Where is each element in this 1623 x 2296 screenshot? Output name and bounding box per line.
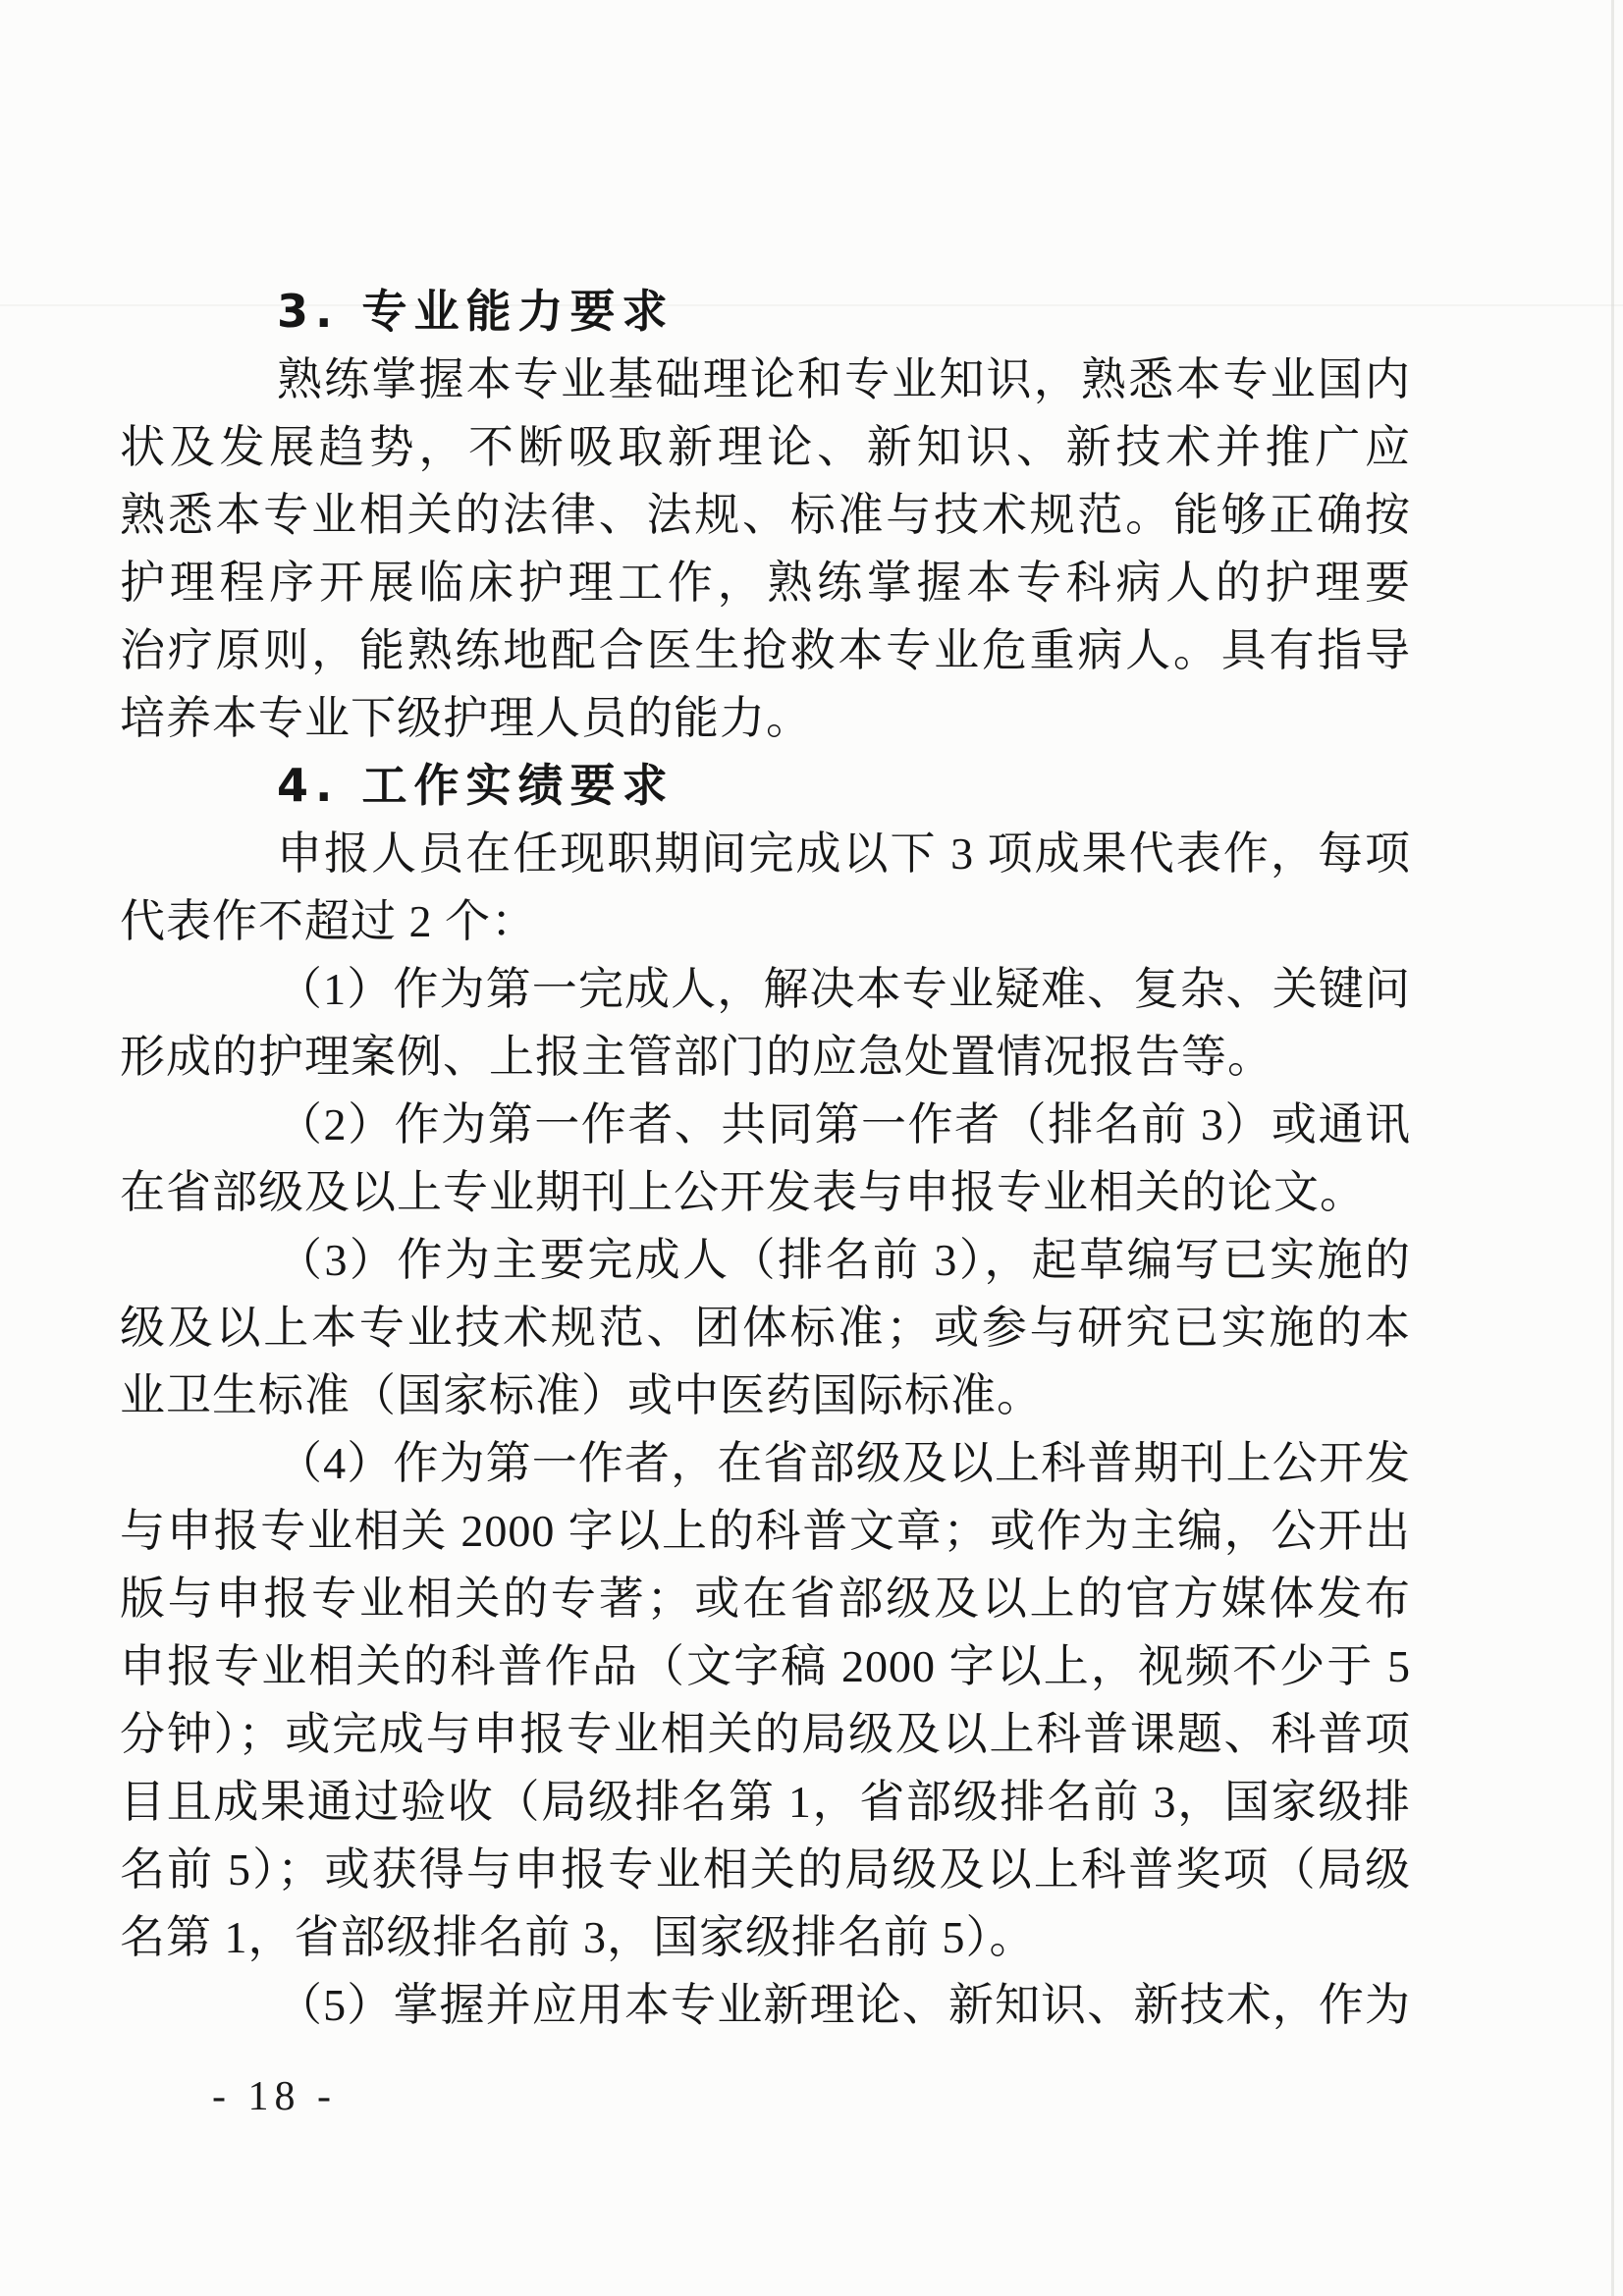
section-heading: 4. 工作实绩要求: [120, 752, 1411, 820]
text-line: （1）作为第一完成人，解决本专业疑难、复杂、关键问题: [120, 955, 1411, 1023]
page-number: - 18 -: [212, 2073, 337, 2120]
text-line: （3）作为主要完成人（排名前 3），起草编写已实施的省部: [120, 1226, 1411, 1294]
text-block: 3. 专业能力要求熟练掌握本专业基础理论和专业知识，熟悉本专业国内外现状及发展趋…: [120, 278, 1411, 2039]
text-line: 代表作不超过 2 个：: [120, 887, 1411, 955]
document-page: 3. 专业能力要求熟练掌握本专业基础理论和专业知识，熟悉本专业国内外现状及发展趋…: [0, 0, 1623, 2296]
text-line: 状及发展趋势，不断吸取新理论、新知识、新技术并推广应用，: [120, 413, 1411, 481]
scan-edge-artifact: [1611, 0, 1614, 2296]
text-line: 形成的护理案例、上报主管部门的应急处置情况报告等。: [120, 1023, 1411, 1091]
text-line: 培养本专业下级护理人员的能力。: [120, 684, 1411, 752]
text-line: 目且成果通过验收（局级排名第 1，省部级排名前 3，国家级排: [120, 1768, 1411, 1836]
text-line: 业卫生标准（国家标准）或中医药国际标准。: [120, 1362, 1411, 1429]
text-line: 分钟）；或完成与申报专业相关的局级及以上科普课题、科普项: [120, 1700, 1411, 1768]
text-line: 版与申报专业相关的专著；或在省部级及以上的官方媒体发布与: [120, 1565, 1411, 1632]
text-line: 名第 1，省部级排名前 3，国家级排名前 5）。: [120, 1903, 1411, 1971]
text-line: 名前 5）；或获得与申报专业相关的局级及以上科普奖项（局级排: [120, 1836, 1411, 1903]
text-line: 级及以上本专业技术规范、团体标准；或参与研究已实施的本专: [120, 1294, 1411, 1362]
text-line: 与申报专业相关 2000 字以上的科普文章；或作为主编，公开出: [120, 1497, 1411, 1565]
text-line: （2）作为第一作者、共同第一作者（排名前 3）或通讯作者，: [120, 1091, 1411, 1158]
text-line: （4）作为第一作者，在省部级及以上科普期刊上公开发表: [120, 1429, 1411, 1497]
text-line: 申报人员在任现职期间完成以下 3 项成果代表作，每项成果: [120, 820, 1411, 887]
section-heading: 3. 专业能力要求: [120, 278, 1411, 346]
text-line: 熟练掌握本专业基础理论和专业知识，熟悉本专业国内外现: [120, 346, 1411, 413]
text-line: 护理程序开展临床护理工作，熟练掌握本专科病人的护理要点、: [120, 549, 1411, 616]
text-line: （5）掌握并应用本专业新理论、新知识、新技术，作为主: [120, 1971, 1411, 2039]
text-line: 在省部级及以上专业期刊上公开发表与申报专业相关的论文。: [120, 1158, 1411, 1226]
text-line: 申报专业相关的科普作品（文字稿 2000 字以上，视频不少于 5: [120, 1632, 1411, 1700]
text-line: 熟悉本专业相关的法律、法规、标准与技术规范。能够正确按照: [120, 481, 1411, 549]
text-line: 治疗原则，能熟练地配合医生抢救本专业危重病人。具有指导和: [120, 616, 1411, 684]
